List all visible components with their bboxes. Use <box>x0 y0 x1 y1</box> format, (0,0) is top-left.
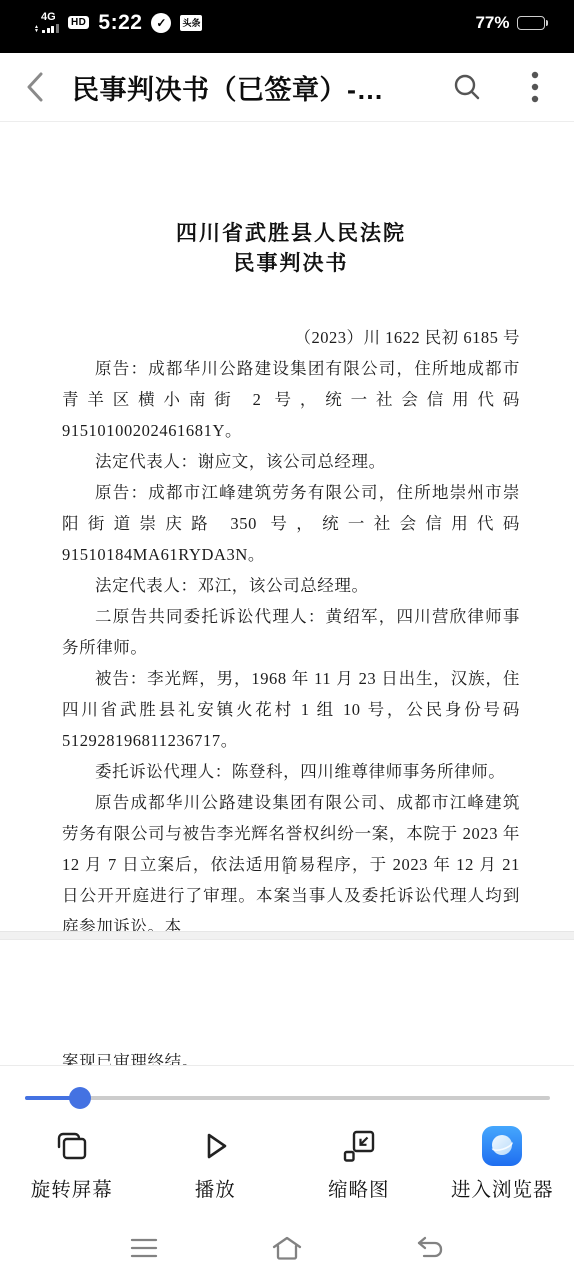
return-arrow-icon <box>414 1234 446 1262</box>
doc-paragraph: 原告：成都华川公路建设集团有限公司，住所地成都市青羊区横小南街 2 号，统一社会… <box>62 353 520 446</box>
network-type-label: 4G <box>41 12 56 23</box>
tool-label: 旋转屏幕 <box>31 1174 113 1202</box>
status-time: 5:22 <box>98 11 142 35</box>
battery-icon <box>517 16 549 30</box>
signal-strength-icon: 4G ▲▼ <box>34 12 59 33</box>
tool-label: 缩略图 <box>328 1174 390 1202</box>
doc-court-name: 四川省武胜县人民法院 <box>62 218 520 248</box>
overflow-menu-button[interactable] <box>518 70 552 104</box>
rotate-screen-icon <box>51 1120 93 1172</box>
status-bar: 4G ▲▼ HD 5:22 ✓ 头条 77% <box>0 0 574 53</box>
doc-type-title: 民事判决书 <box>62 248 520 278</box>
progress-slider-fill <box>25 1096 80 1100</box>
home-icon <box>270 1234 304 1262</box>
battery-percent-label: 77% <box>475 13 509 33</box>
screen: 4G ▲▼ HD 5:22 ✓ 头条 77% 民事判决书（已 <box>0 0 574 1280</box>
page-divider <box>0 931 574 940</box>
toutiao-notification-icon: 头条 <box>180 15 202 31</box>
doc-paragraph: 委托诉讼代理人：陈登科，四川维尊律师事务所律师。 <box>62 756 520 787</box>
page-title: 民事判决书（已签章）-… <box>72 68 440 107</box>
play-icon <box>194 1120 236 1172</box>
doc-paragraph: 二原告共同委托诉讼代理人：黄绍军，四川营欣律师事务所律师。 <box>62 601 520 663</box>
kebab-menu-icon <box>531 71 539 103</box>
progress-slider[interactable] <box>25 1096 550 1100</box>
data-activity-icon: ▲▼ <box>34 25 39 33</box>
search-icon <box>452 72 482 102</box>
tool-label: 播放 <box>195 1174 236 1202</box>
search-button[interactable] <box>450 70 484 104</box>
doc-case-number: （2023）川 1622 民初 6185 号 <box>62 322 520 353</box>
thumbnail-icon <box>338 1120 380 1172</box>
title-bar: 民事判决书（已签章）-… <box>0 53 574 122</box>
reader-toolbar: 旋转屏幕 播放 缩略图 <box>0 1065 574 1215</box>
page-number: 1 <box>0 862 574 878</box>
thumbnail-button[interactable]: 缩略图 <box>287 1120 431 1202</box>
back-nav-button[interactable] <box>359 1234 502 1262</box>
chevron-left-icon <box>24 70 46 104</box>
doc-paragraph: 法定代表人：谢应文，该公司总经理。 <box>62 446 520 477</box>
document-page-2[interactable]: 案现已审理终结。 <box>0 940 574 1065</box>
rotate-screen-button[interactable]: 旋转屏幕 <box>0 1120 144 1202</box>
doc-paragraph: 原告：成都市江峰建筑劳务有限公司，住所地崇州市崇阳街道崇庆路 350 号，统一社… <box>62 477 520 570</box>
check-notification-icon: ✓ <box>151 13 171 33</box>
doc-body: 原告：成都华川公路建设集团有限公司，住所地成都市青羊区横小南街 2 号，统一社会… <box>62 353 520 942</box>
progress-slider-handle[interactable] <box>69 1087 91 1109</box>
hd-voice-icon: HD <box>68 16 89 29</box>
tool-label: 进入浏览器 <box>451 1174 554 1202</box>
doc-paragraph: 法定代表人：邓江，该公司总经理。 <box>62 570 520 601</box>
home-button[interactable] <box>216 1234 359 1262</box>
doc-paragraph: 被告：李光辉，男，1968 年 11 月 23 日出生，汉族，住四川省武胜县礼安… <box>62 663 520 756</box>
menu-icon <box>128 1235 160 1261</box>
browser-icon <box>481 1120 523 1172</box>
doc-paragraph-continued: 案现已审理终结。 <box>62 1046 520 1065</box>
back-button[interactable] <box>24 72 54 102</box>
play-button[interactable]: 播放 <box>144 1120 288 1202</box>
recents-button[interactable] <box>73 1235 216 1261</box>
system-nav-bar <box>0 1215 574 1280</box>
open-in-browser-button[interactable]: 进入浏览器 <box>431 1120 574 1202</box>
document-page-1[interactable]: 四川省武胜县人民法院 民事判决书 （2023）川 1622 民初 6185 号 … <box>0 122 574 931</box>
